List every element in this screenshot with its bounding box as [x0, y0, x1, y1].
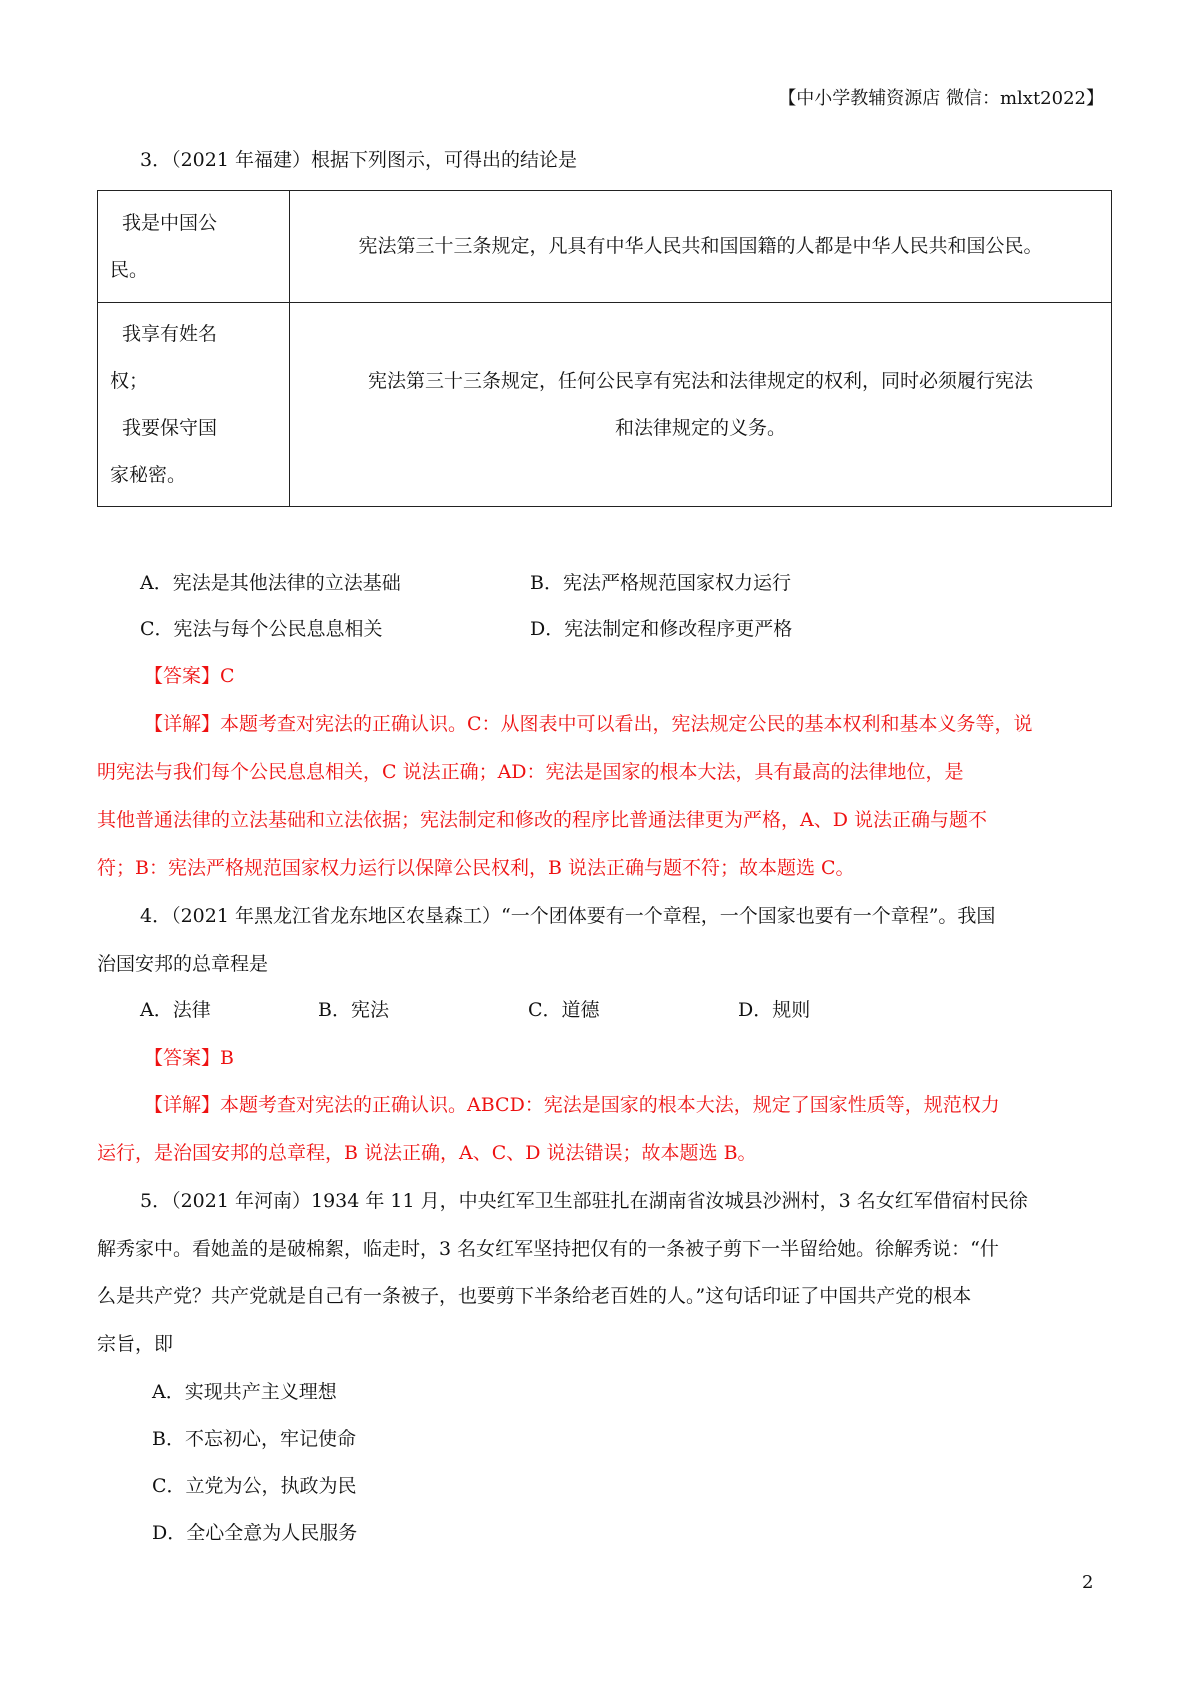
q4-option-d: D．规则 [738, 998, 810, 1022]
q5-stem-line: 宗旨，即 [97, 1332, 173, 1356]
q3-table: 我是中国公 民。 宪法第三十三条规定，凡具有中华人民共和国国籍的人都是中华人民共… [97, 190, 1112, 507]
q5-stem-line: 解秀家中。看她盖的是破棉絮，临走时，3 名女红军坚持把仅有的一条被子剪下一半留给… [97, 1237, 999, 1261]
q5-stem-line: 么是共产党？共产党就是自己有一条被子，也要剪下半条给老百姓的人。”这句话印证了中… [97, 1284, 971, 1308]
cell-line: 宪法第三十三条规定，任何公民享有宪法和法律规定的权利，同时必须履行宪法 [290, 358, 1111, 405]
q5-stem-line: 5．（2021 年河南）1934 年 11 月，中央红军卫生部驻扎在湖南省汝城县… [140, 1189, 1028, 1213]
cell-line: 我享有姓名 [110, 311, 289, 358]
q4-detail-line: 运行，是治国安邦的总章程，B 说法正确，A、C、D 说法错误；故本题选 B。 [97, 1141, 757, 1165]
cell-line: 民。 [110, 247, 289, 294]
cell-line: 和法律规定的义务。 [290, 405, 1111, 452]
q3-table-row: 我享有姓名 权； 我要保守国 家秘密。 宪法第三十三条规定，任何公民享有宪法和法… [98, 303, 1112, 507]
q3-answer: 【答案】C [144, 664, 235, 688]
q4-detail-line: 【详解】本题考查对宪法的正确认识。ABCD：宪法是国家的根本大法，规定了国家性质… [144, 1093, 1000, 1117]
q3-detail-line: 【详解】本题考查对宪法的正确认识。C：从图表中可以看出，宪法规定公民的基本权利和… [144, 712, 1033, 736]
q4-answer: 【答案】B [144, 1046, 234, 1070]
q3-table-cell-left: 我享有姓名 权； 我要保守国 家秘密。 [98, 303, 290, 507]
cell-line: 我是中国公 [110, 200, 289, 247]
q3-detail-line: 其他普通法律的立法基础和立法依据；宪法制定和修改的程序比普通法律更为严格，A、D… [97, 808, 987, 832]
page-number: 2 [1082, 1572, 1093, 1593]
q3-table-cell-right: 宪法第三十三条规定，任何公民享有宪法和法律规定的权利，同时必须履行宪法 和法律规… [290, 303, 1112, 507]
q5-option-b: B．不忘初心，牢记使命 [152, 1427, 356, 1451]
q3-table-row: 我是中国公 民。 宪法第三十三条规定，凡具有中华人民共和国国籍的人都是中华人民共… [98, 191, 1112, 303]
q5-option-a: A．实现共产主义理想 [152, 1380, 337, 1404]
cell-line: 权； [110, 358, 289, 405]
header-tag: 【中小学教辅资源店 微信：mlxt2022】 [778, 84, 1104, 110]
q4-option-a: A．法律 [140, 998, 211, 1022]
q3-option-d: D．宪法制定和修改程序更严格 [530, 617, 792, 641]
cell-line: 家秘密。 [110, 452, 289, 499]
q3-table-cell-right: 宪法第三十三条规定，凡具有中华人民共和国国籍的人都是中华人民共和国公民。 [290, 191, 1112, 303]
q3-detail-line: 符；B：宪法严格规范国家权力运行以保障公民权利，B 说法正确与题不符；故本题选 … [97, 856, 855, 880]
q4-option-b: B．宪法 [318, 998, 389, 1022]
q4-option-c: C．道德 [528, 998, 600, 1022]
q4-stem-line: 治国安邦的总章程是 [97, 952, 268, 976]
q3-stem: 3．（2021 年福建）根据下列图示，可得出的结论是 [140, 148, 577, 172]
cell-line: 我要保守国 [110, 405, 289, 452]
q3-option-a: A．宪法是其他法律的立法基础 [140, 571, 401, 595]
q3-option-c: C．宪法与每个公民息息相关 [140, 617, 383, 641]
q5-option-d: D．全心全意为人民服务 [152, 1521, 357, 1545]
q3-option-b: B．宪法严格规范国家权力运行 [530, 571, 791, 595]
q3-table-cell-left: 我是中国公 民。 [98, 191, 290, 303]
q3-detail-line: 明宪法与我们每个公民息息相关，C 说法正确；AD：宪法是国家的根本大法，具有最高… [97, 760, 964, 784]
q5-option-c: C．立党为公，执政为民 [152, 1474, 357, 1498]
cell-line: 宪法第三十三条规定，凡具有中华人民共和国国籍的人都是中华人民共和国公民。 [290, 223, 1111, 270]
q4-stem-line: 4．（2021 年黑龙江省龙东地区农垦森工）“一个团体要有一个章程，一个国家也要… [140, 904, 995, 928]
